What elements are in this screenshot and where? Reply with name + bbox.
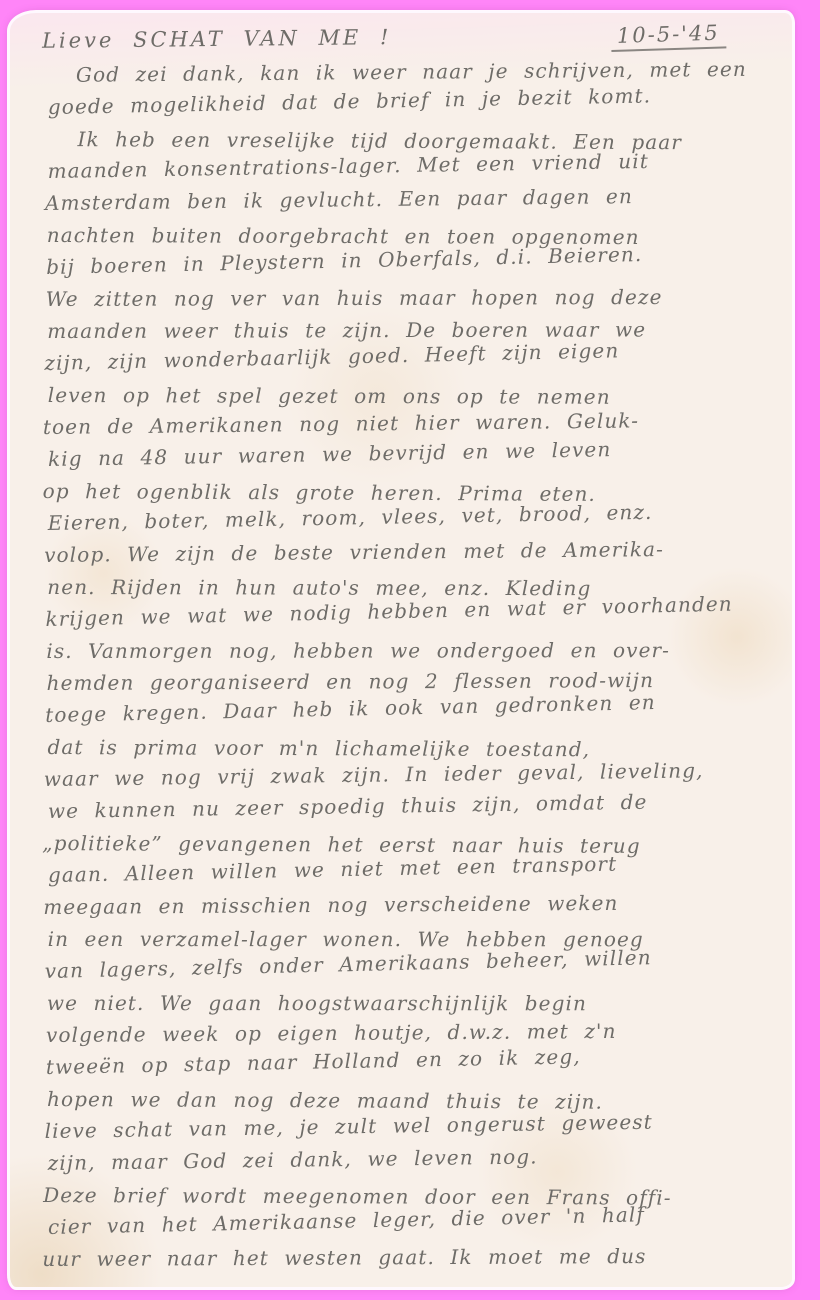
letter-date: 10-5-'45 bbox=[611, 20, 727, 52]
letter-paper: Lieve SCHAT VAN ME ! 10-5-'45 God zei da… bbox=[10, 13, 792, 1287]
letter-body: God zei dank, kan ik weer naar je schrij… bbox=[42, 59, 766, 1275]
letter-line: is. Vanmorgen nog, hebben we ondergoed e… bbox=[46, 634, 770, 667]
letter-salutation: Lieve SCHAT VAN ME ! bbox=[42, 25, 392, 53]
letter-line: uur weer naar het westen gaat. Ik moet m… bbox=[42, 1239, 766, 1275]
letter-line: We zitten nog ver van huis maar hopen no… bbox=[46, 281, 770, 315]
letter-line: meegaan en misschien nog verscheidene we… bbox=[43, 886, 767, 923]
letter-line: volop. We zijn de beste vrienden met de … bbox=[44, 532, 768, 571]
scanned-letter-page: { "page": { "border_color": "#ff85f8", "… bbox=[0, 0, 820, 1300]
letter-header: Lieve SCHAT VAN ME ! 10-5-'45 bbox=[42, 21, 766, 57]
